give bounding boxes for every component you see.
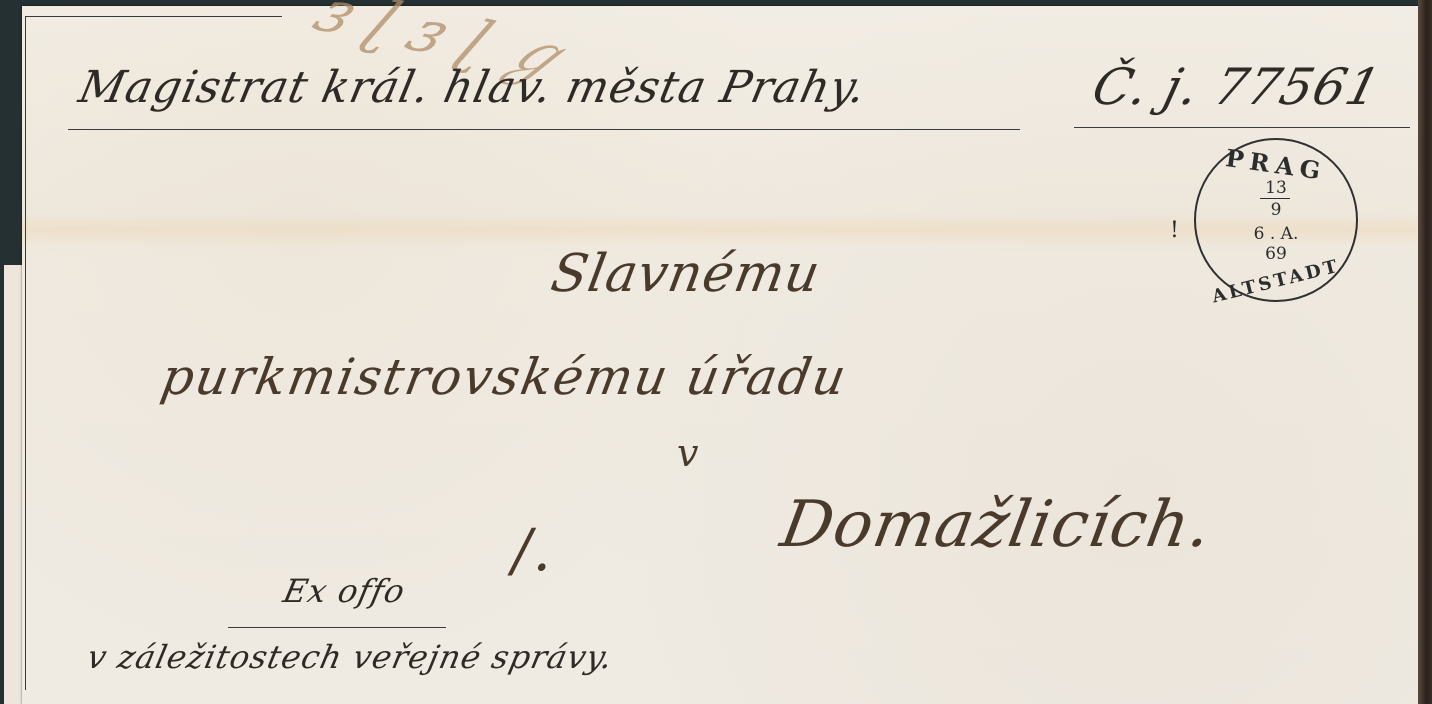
handwritten-mark: /. — [512, 516, 552, 584]
postmark-stamp: PRAG 13 9 6 . A. 69 ALTSTADT — [1194, 138, 1358, 302]
ex-offo-underline — [228, 627, 446, 628]
official-matters-note: v záležitostech veřejné správy. — [84, 638, 617, 676]
scanned-letter-scene: ɜ ɭ ɜ ɭ ℊ Magistrat král. hlav. města Pr… — [0, 0, 1432, 704]
ex-offo-label: Ex offo — [280, 572, 409, 610]
scan-right-edge — [1418, 0, 1432, 704]
reference-underline — [1074, 127, 1410, 128]
postmark-time: 6 . A. — [1196, 226, 1356, 243]
postmark-day: 13 — [1196, 180, 1356, 197]
sender-header: Magistrat král. hlav. města Prahy. — [75, 62, 871, 113]
top-border-rule — [26, 16, 282, 17]
addressee-town: Domažlicích. — [775, 488, 1217, 562]
addressee-preposition: v — [677, 431, 699, 475]
addressee-line-2: purkmistrovskému úřadu — [157, 348, 852, 406]
header-underline — [68, 129, 1020, 130]
left-border-rule-lower — [25, 390, 26, 690]
reference-number: Č. j. 77561 — [1087, 58, 1387, 116]
addressee-line-1: Slavnému — [547, 244, 825, 304]
letter-cover: ɜ ɭ ɜ ɭ ℊ Magistrat král. hlav. města Pr… — [22, 6, 1420, 704]
postmark-side-mark: ! — [1170, 218, 1180, 243]
postmark-month: 9 — [1196, 202, 1356, 219]
postmark-date-separator — [1260, 198, 1290, 199]
